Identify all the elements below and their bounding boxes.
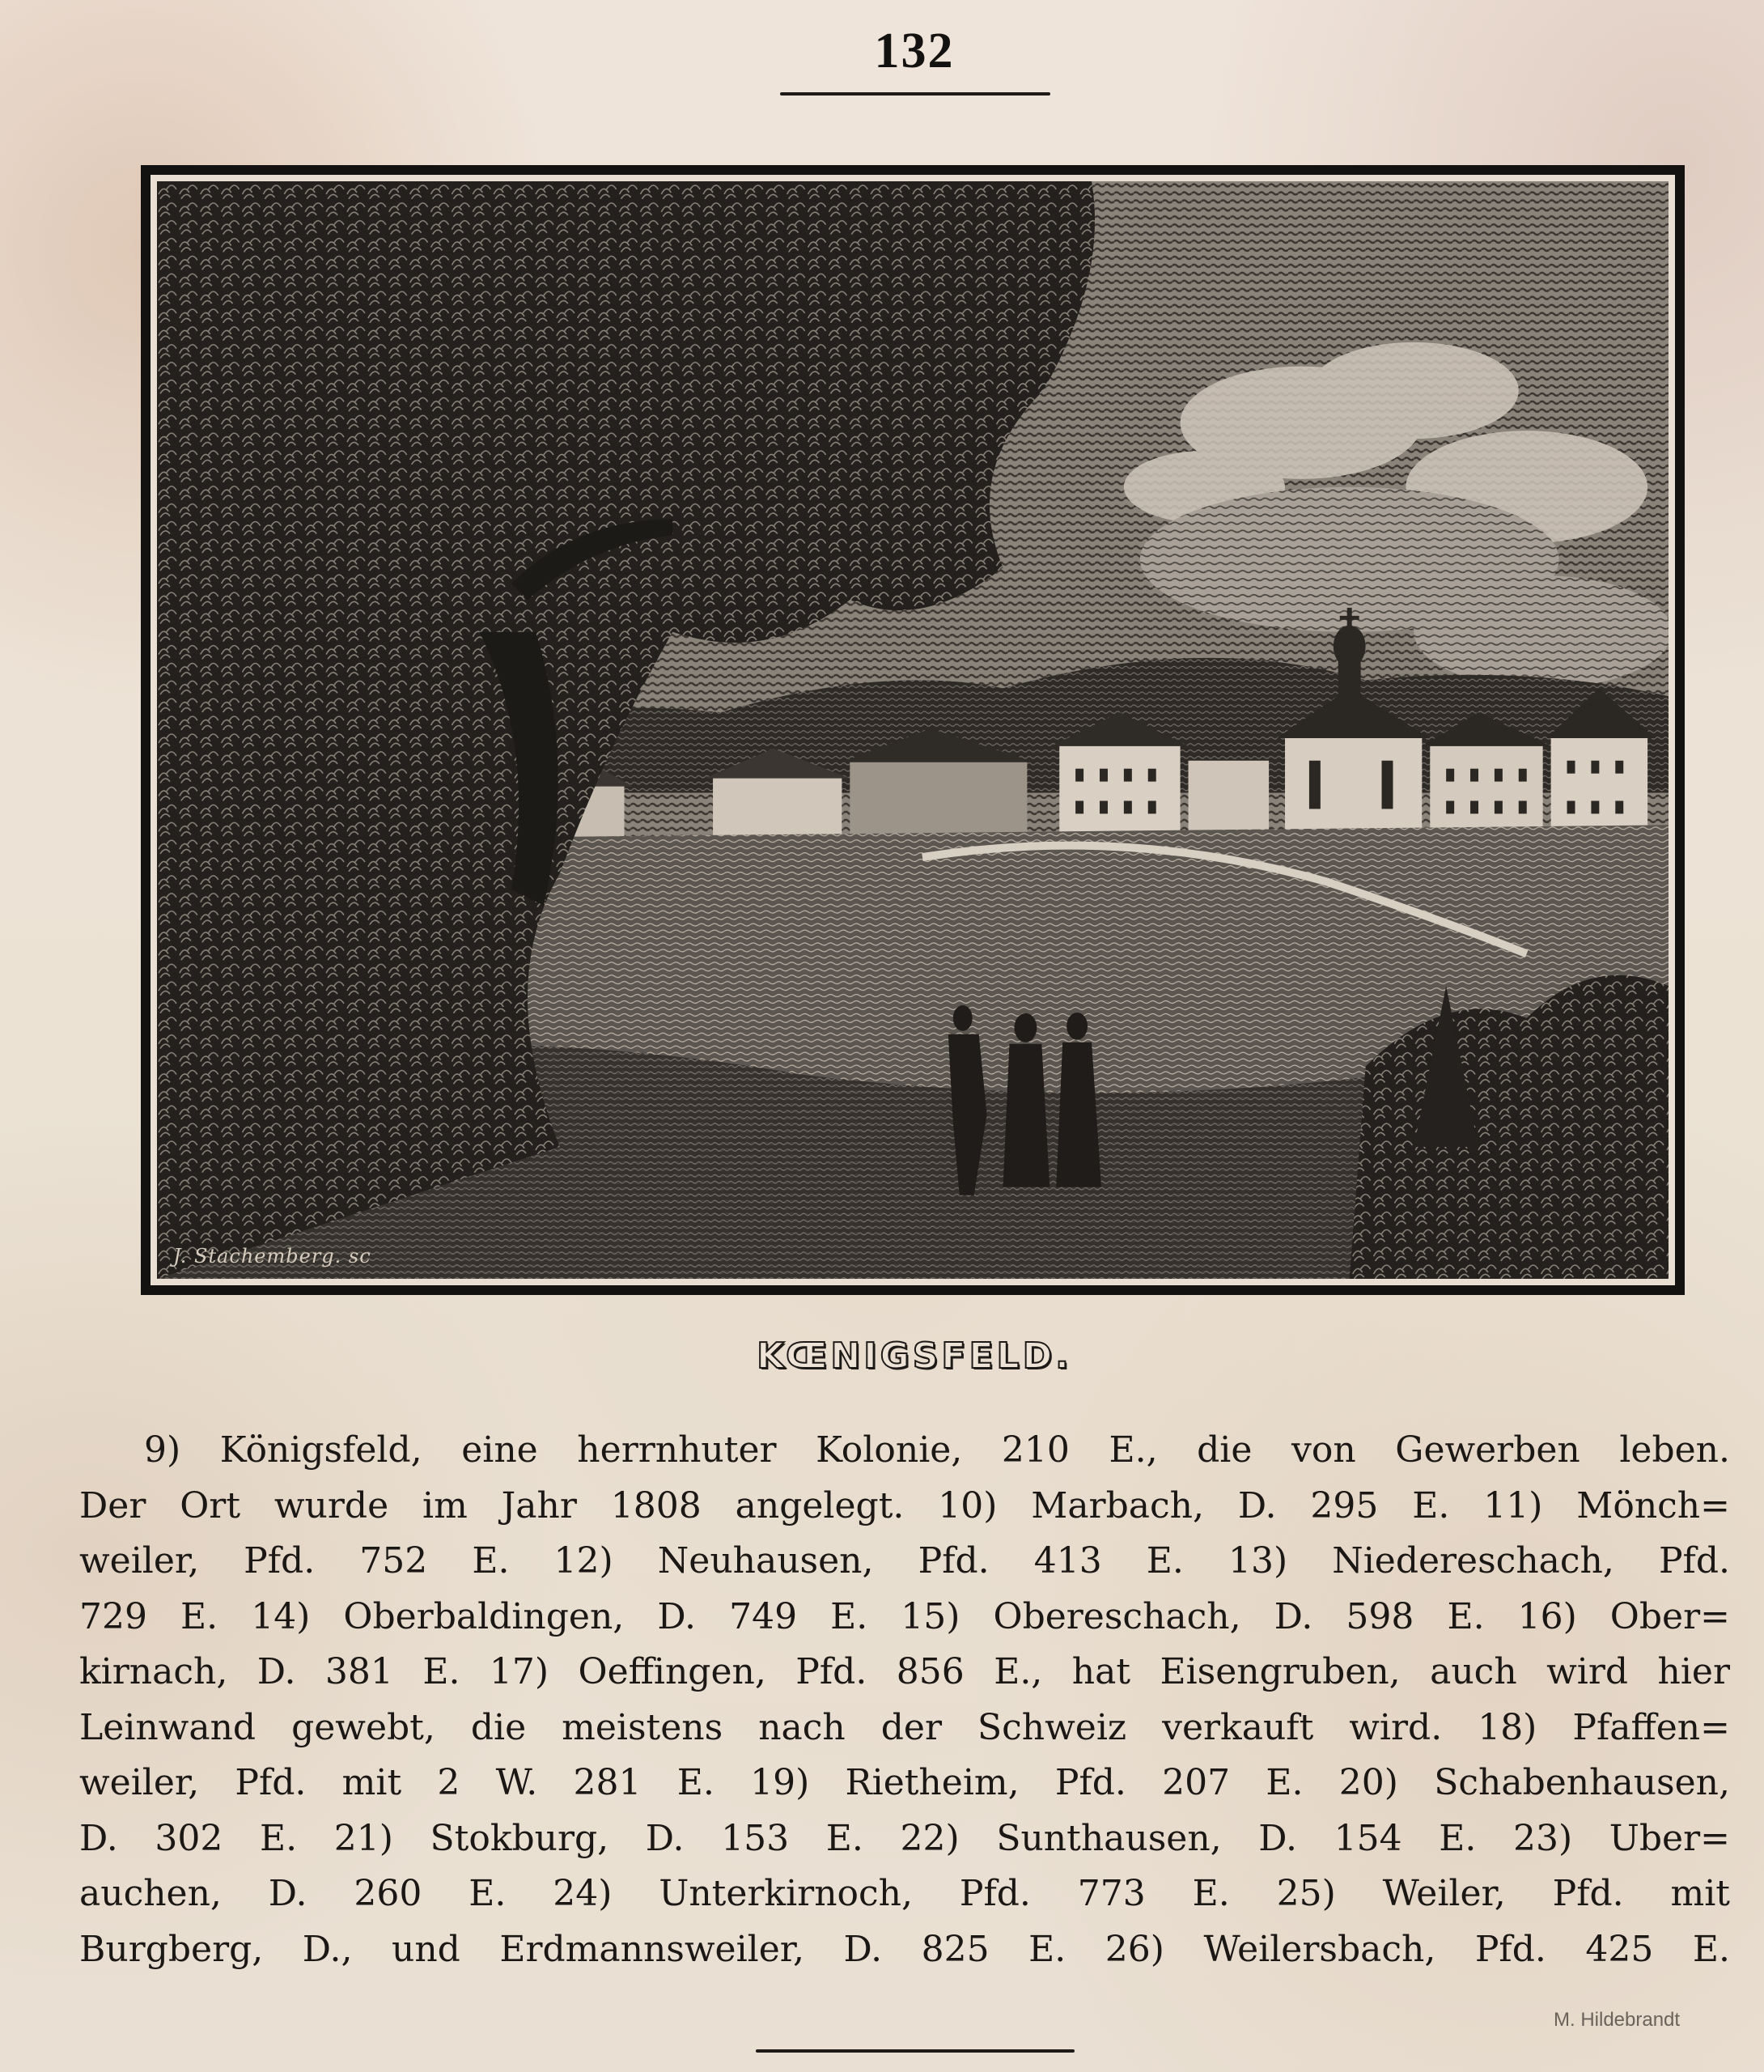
header-rule	[780, 92, 1050, 96]
text-line: 729 E. 14) Oberbaldingen, D. 749 E. 15) …	[79, 1590, 1730, 1645]
text-line: Leinwand gewebt, die meistens nach der S…	[79, 1700, 1730, 1756]
text-line: 9) Königsfeld, eine herrnhuter Kolonie, …	[79, 1423, 1730, 1479]
engraving-mat: J. Stachemberg. sc	[151, 175, 1675, 1285]
plate-caption: KŒNIGSFELD.	[0, 1335, 1764, 1377]
text-line: Burgberg, D., und Erdmannsweiler, D. 825…	[79, 1922, 1730, 1978]
text-line: weiler, Pfd. 752 E. 12) Neuhausen, Pfd. …	[79, 1534, 1730, 1590]
footer-rule	[756, 2049, 1075, 2053]
engraving-illustration: J. Stachemberg. sc	[157, 181, 1669, 1279]
body-text: 9) Königsfeld, eine herrnhuter Kolonie, …	[79, 1423, 1730, 1977]
text-line: auchen, D. 260 E. 24) Unterkirnoch, Pfd.…	[79, 1866, 1730, 1922]
page-number: 132	[0, 23, 1764, 80]
watermark-credit: M. Hildebrandt	[1554, 2009, 1680, 2032]
text-line: D. 302 E. 21) Stokburg, D. 153 E. 22) Su…	[79, 1811, 1730, 1867]
engraving-frame: J. Stachemberg. sc	[141, 165, 1685, 1295]
text-line: Der Ort wurde im Jahr 1808 angelegt. 10)…	[79, 1479, 1730, 1535]
text-line: weiler, Pfd. mit 2 W. 281 E. 19) Riethei…	[79, 1756, 1730, 1811]
text-line: kirnach, D. 381 E. 17) Oeffingen, Pfd. 8…	[79, 1645, 1730, 1700]
engraver-signature: J. Stachemberg. sc	[173, 1245, 371, 1267]
